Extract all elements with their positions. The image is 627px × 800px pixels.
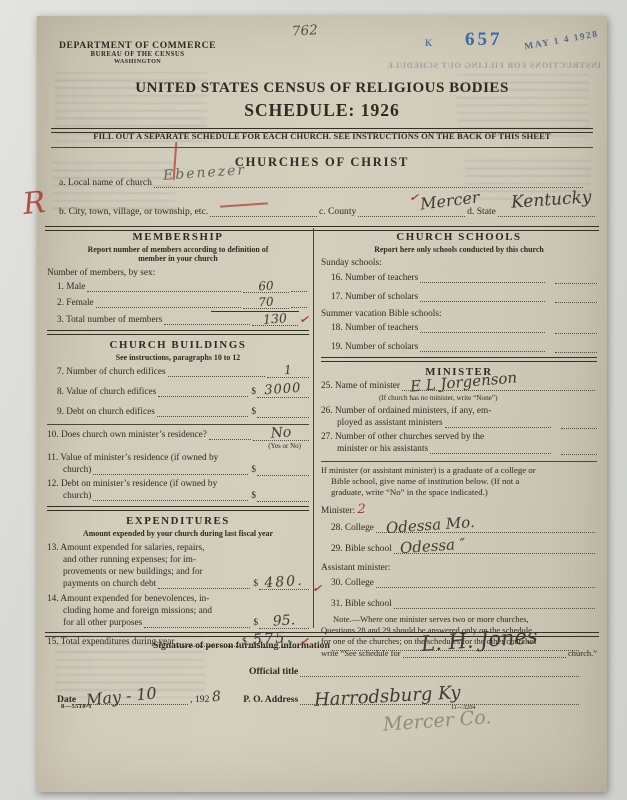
church-schools-subtitle: Report here only schools conducted by th…: [321, 245, 597, 254]
official-title-row: Official title: [249, 666, 581, 678]
state-label: d. State: [467, 206, 496, 218]
right-column: CHURCH SCHOOLS Report here only schools …: [321, 228, 597, 659]
sunday-teachers-row: 16. Number of teachers: [321, 272, 597, 284]
minister-college-row: 28. College Odessa Mo.: [321, 522, 597, 534]
assistant-college-row: 30. College: [321, 577, 597, 589]
dollar-sign: $: [251, 464, 256, 476]
church-buildings-title: CHURCH BUILDINGS: [47, 339, 309, 351]
male-field: [87, 281, 241, 292]
salaries-expense-value: 480.: [264, 571, 304, 592]
dollar-sign: $: [251, 406, 256, 418]
agency-city: WASHINGTON: [59, 58, 216, 65]
church-buildings-subtitle: See instructions, paragraphs 10 to 12: [47, 353, 309, 362]
dollar-sign: $: [253, 578, 258, 590]
expenditures-title: EXPENDITURES: [47, 515, 309, 527]
signature-label: Signature of person furnishing informati…: [153, 640, 330, 652]
minister-college-field: Odessa Mo.: [376, 522, 595, 533]
form-title: UNITED STATES CENSUS OF RELIGIOUS BODIES: [37, 80, 607, 97]
residence-owned-answer-line: No: [253, 430, 309, 441]
benevolences-expense-row: 14. Amount expended for benevolences, in…: [47, 593, 309, 605]
other-churches-field: [430, 443, 551, 454]
residence-owned-value: No: [270, 423, 292, 443]
salaries-expense-field: [158, 578, 250, 589]
date-field: May - 10: [78, 694, 188, 705]
dollar-sign: $: [251, 386, 256, 398]
edifices-debt-field: [157, 406, 249, 417]
other-churches-row: 27. Number of other churches served by t…: [321, 431, 597, 443]
membership-intro: Number of members, by sex:: [47, 267, 309, 279]
dollar-sign: $: [253, 617, 258, 629]
assistant-college-field: [376, 577, 595, 588]
residence-debt-row: 12. Debt on minister’s residence (if own…: [47, 478, 309, 490]
blue-mark-stamp: K: [425, 38, 432, 48]
female-field: [96, 297, 241, 308]
fill-out-banner: FILL OUT A SEPARATE SCHEDULE FOR EACH CH…: [37, 131, 607, 141]
left-column: MEMBERSHIP Report number of members acco…: [47, 228, 309, 650]
city-label: b. City, town, village, or township, etc…: [59, 206, 208, 218]
total-members-value: 130: [262, 310, 287, 328]
female-value: 70: [258, 294, 274, 311]
form-schedule-year: SCHEDULE: 1926: [37, 100, 607, 121]
file-number-stamp: 657: [465, 29, 503, 51]
salaries-expense-answer-line: 480.: [259, 579, 309, 590]
vacation-teachers-row: 18. Number of teachers: [321, 322, 597, 334]
assistant-bible-school-row: 31. Bible school: [321, 598, 597, 610]
residence-owned-field: [209, 429, 251, 440]
sunday-schools-label: Sunday schools:: [321, 257, 597, 269]
year-written: 8: [212, 688, 222, 707]
official-title-field: [300, 666, 579, 677]
edifices-count-row: 7. Number of church edifices 1: [47, 366, 309, 378]
red-numeral-mark: 2: [357, 502, 365, 517]
yes-or-no-note: (Yes or No): [47, 442, 301, 450]
vacation-scholars-row: 19. Number of scholars: [321, 341, 597, 353]
signature-field: L. H. Jones: [332, 637, 579, 651]
sunday-teachers-answer-line: [555, 273, 597, 284]
rule: [51, 147, 593, 148]
penciled-number: 762: [291, 22, 318, 40]
female-row: 2. Female 70: [47, 297, 309, 309]
po-address-field: Harrodsburg Ky: [300, 694, 579, 705]
edifices-debt-row: 9. Debt on church edifices $: [47, 406, 309, 418]
date-received-stamp: MAY 1 4 1928: [524, 30, 600, 53]
edifices-value-row: 8. Value of church edifices $ 3000: [47, 386, 309, 398]
salaries-expense-row: 13. Amount expended for salaries, repair…: [47, 542, 309, 554]
membership-subtitle: Report number of members according to de…: [47, 245, 309, 264]
ordained-ministers-field: [445, 417, 551, 428]
total-members-answer-line: 130: [252, 315, 298, 326]
residence-owned-row: 10. Does church own minister’s residence…: [47, 429, 309, 441]
local-name-row: a. Local name of church: [59, 177, 585, 189]
minister-name-row: 25. Name of minister E L Jorgenson: [321, 380, 597, 392]
residence-value-field: [93, 464, 248, 475]
edifices-value-field: [158, 386, 248, 397]
agency-dept: DEPARTMENT OF COMMERCE: [59, 40, 216, 51]
female-answer-line: 70: [243, 298, 289, 309]
year-printed: , 192: [190, 694, 209, 706]
edifices-debt-answer-line: [257, 407, 309, 418]
agency-bureau: BUREAU OF THE CENSUS: [59, 51, 216, 58]
edifices-count-field: [168, 366, 265, 377]
county-label: c. County: [319, 206, 356, 218]
vacation-scholars-field: [420, 341, 545, 352]
vacation-scholars-answer-line: [555, 342, 597, 353]
vacation-schools-label: Summer vacation Bible schools:: [321, 308, 597, 320]
sunday-scholars-answer-line: [555, 292, 597, 303]
vacation-teachers-field: [420, 322, 545, 333]
male-value: 60: [258, 278, 274, 295]
total-members-row: 3. Total number of members 130 ✓: [47, 314, 309, 326]
local-name-label: a. Local name of church: [59, 177, 152, 189]
date-address-row: Date May - 10 , 192 8 P. O. Address Harr…: [57, 688, 581, 706]
column-divider: [313, 228, 314, 628]
date-value: May - 10: [85, 684, 158, 712]
signature-row: Signature of person furnishing informati…: [153, 637, 581, 652]
residence-value-row: 11. Value of minister’s residence (if ow…: [47, 452, 309, 464]
assistant-bible-school-field: [394, 598, 595, 609]
red-check-icon: ✓: [298, 315, 311, 327]
residence-debt-field: [93, 490, 248, 501]
male-answer-line: 60: [243, 282, 289, 293]
membership-title: MEMBERSHIP: [47, 231, 309, 243]
minister-bible-school-value: Odessa ″: [399, 534, 466, 558]
pencil-county-note: Mercer Co.: [382, 706, 492, 736]
minister-name-field: E L Jorgenson: [402, 380, 595, 391]
benevolences-expense-field: [144, 617, 250, 628]
red-margin-letter: R: [21, 185, 47, 222]
photo-of-census-form: { "stamps": { "penciled_number": "762", …: [0, 0, 627, 800]
church-schools-title: CHURCH SCHOOLS: [321, 231, 597, 243]
sunday-teachers-field: [420, 272, 545, 283]
dollar-sign: $: [251, 490, 256, 502]
minister-bible-school-field: Odessa ″: [394, 543, 595, 554]
sunday-scholars-row: 17. Number of scholars: [321, 291, 597, 303]
ordained-ministers-row: 26. Number of ordained ministers, if any…: [321, 405, 597, 417]
benevolences-expense-answer-line: 95.: [259, 618, 309, 629]
po-address-value: Harrodsburg Ky: [314, 681, 462, 712]
bleed-through-heading: INSTRUCTIONS FOR FILLING OUT SCHEDULE: [281, 60, 601, 70]
male-row: 1. Male 60: [47, 281, 309, 293]
po-address-label: P. O. Address: [243, 694, 298, 706]
census-schedule-sheet: INSTRUCTIONS FOR FILLING OUT SCHEDULE DE…: [37, 16, 607, 792]
graduate-instruction: If minister (or assistant minister) is a…: [321, 465, 597, 498]
vacation-teachers-answer-line: [555, 323, 597, 334]
edifices-value-answer-line: 3000: [257, 387, 309, 398]
form-number: 8—5518-1: [61, 703, 92, 710]
edifices-count-value: 1: [284, 363, 293, 379]
total-members-field: [164, 314, 249, 325]
official-title-label: Official title: [249, 666, 298, 678]
edifices-count-answer-line: 1: [267, 367, 309, 378]
city-field: [210, 206, 317, 217]
sunday-scholars-field: [420, 291, 545, 302]
agency-block: DEPARTMENT OF COMMERCE BUREAU OF THE CEN…: [59, 40, 216, 65]
minister-bible-school-row: 29. Bible school Odessa ″: [321, 543, 597, 555]
edifices-value: 3000: [264, 381, 302, 400]
assistant-minister-label: Assistant minister:: [321, 562, 597, 574]
denomination-title: CHURCHES OF CHRIST: [37, 155, 607, 170]
expenditures-subtitle: Amount expended by your church during la…: [47, 529, 309, 538]
